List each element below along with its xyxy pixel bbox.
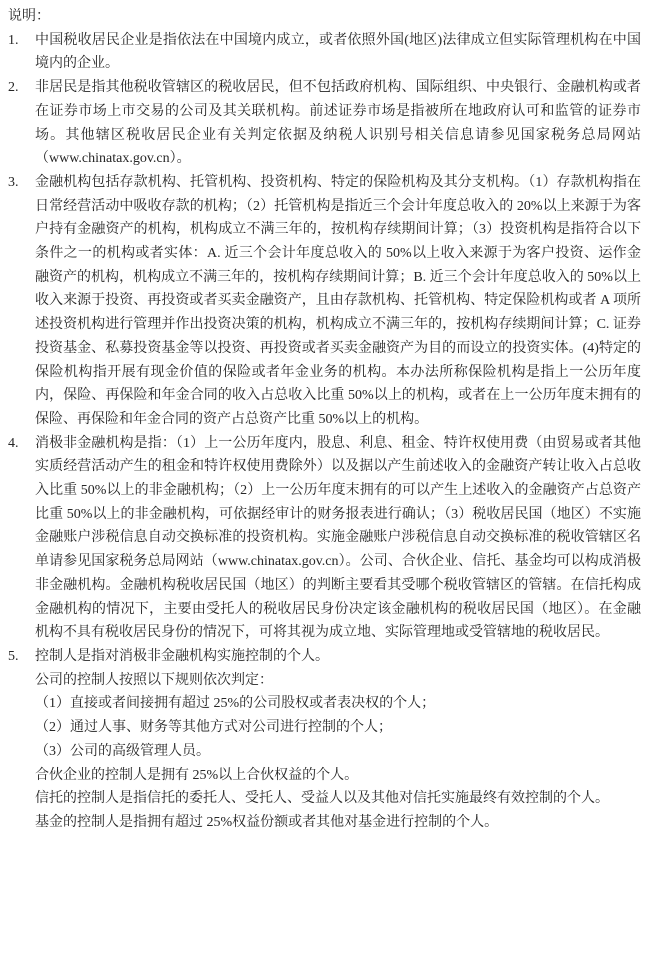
note-paragraph-partnership-controller: 合伙企业的控制人是拥有 25%以上合伙权益的个人。 [35,764,641,788]
note-number: 4. [8,432,35,456]
note-number: 3. [8,171,35,195]
note-item-3: 3. 金融机构包括存款机构、托管机构、投资机构、特定的保险机构及其分支机构。（1… [8,171,641,432]
note-item-1: 1. 中国税收居民企业是指依法在中国境内成立，或者依照外国(地区)法律成立但实际… [8,29,641,76]
note-item-5: 5. 控制人是指对消极非金融机构实施控制的个人。 公司的控制人按照以下规则依次判… [8,645,641,835]
note-paragraph-trust-controller: 信托的控制人是指信托的委托人、受托人、受益人以及其他对信托实施最终有效控制的个人… [35,787,641,811]
note-text: 控制人是指对消极非金融机构实施控制的个人。 公司的控制人按照以下规则依次判定： … [35,645,641,835]
note-paragraph-company-rules-intro: 公司的控制人按照以下规则依次判定： [35,669,641,693]
note-number: 2. [8,76,35,100]
notes-heading: 说明： [8,5,641,29]
note-text: 中国税收居民企业是指依法在中国境内成立，或者依照外国(地区)法律成立但实际管理机… [35,29,641,76]
note-paragraph-controller-definition: 控制人是指对消极非金融机构实施控制的个人。 [35,645,641,669]
note-paragraph-company-rule-2: （2）通过人事、财务等其他方式对公司进行控制的个人； [35,716,641,740]
note-paragraph-company-rule-1: （1）直接或者间接拥有超过 25%的公司股权或者表决权的个人； [35,692,641,716]
note-text: 金融机构包括存款机构、托管机构、投资机构、特定的保险机构及其分支机构。（1）存款… [35,171,641,432]
note-paragraph-company-rule-3: （3）公司的高级管理人员。 [35,740,641,764]
note-text: 非居民是指其他税收管辖区的税收居民，但不包括政府机构、国际组织、中央银行、金融机… [35,76,641,171]
note-item-2: 2. 非居民是指其他税收管辖区的税收居民，但不包括政府机构、国际组织、中央银行、… [8,76,641,171]
document-page: 说明： 1. 中国税收居民企业是指依法在中国境内成立，或者依照外国(地区)法律成… [0,0,650,969]
note-number: 5. [8,645,35,669]
note-paragraph-fund-controller: 基金的控制人是指拥有超过 25%权益份额或者其他对基金进行控制的个人。 [35,811,641,835]
note-number: 1. [8,29,35,53]
note-item-4: 4. 消极非金融机构是指：（1）上一公历年度内，股息、利息、租金、特许权使用费（… [8,432,641,645]
note-text: 消极非金融机构是指：（1）上一公历年度内，股息、利息、租金、特许权使用费（由贸易… [35,432,641,645]
